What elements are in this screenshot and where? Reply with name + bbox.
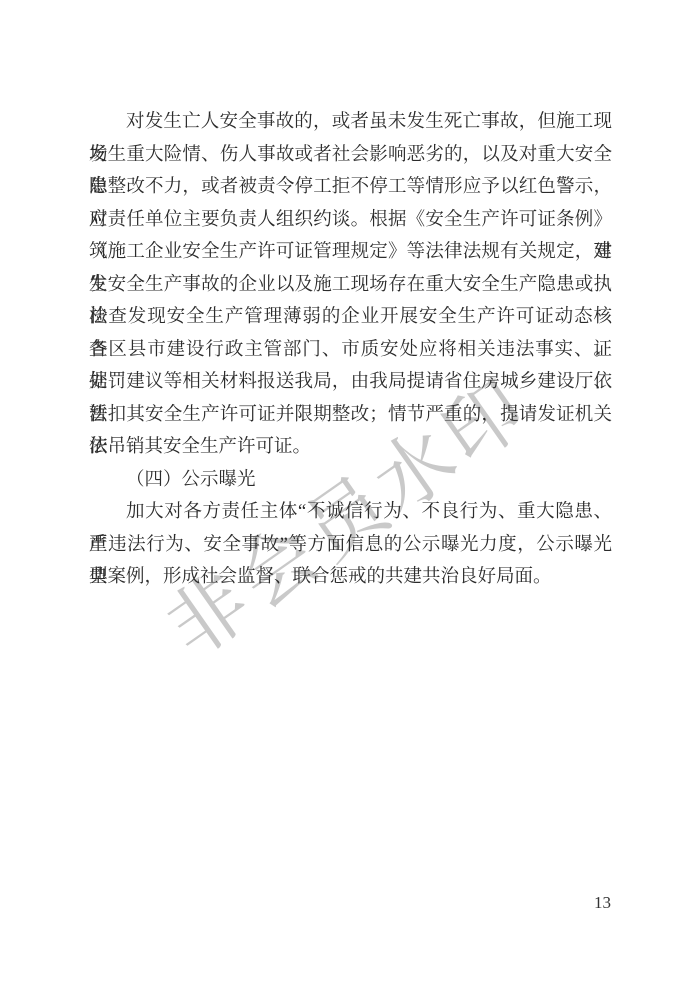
- text-line: 重违法行为、安全事故”等方面信息的公示曝光力度，公示曝光典: [89, 529, 612, 562]
- text-body: 对发生亡人安全事故的，或者虽未发生死亡事故，但施工现场发生重大险情、伤人事故或者…: [89, 106, 612, 594]
- page-number: 13: [594, 893, 611, 913]
- text-line: 对责任单位主要负责人组织约谈。根据《安全生产许可证条例》《建: [89, 204, 612, 237]
- text-line: （四）公示曝光: [89, 464, 612, 497]
- text-line: 检查发现安全生产管理薄弱的企业开展安全生产许可证动态核查。: [89, 301, 612, 334]
- text-line: 生安全生产事故的企业以及施工现场存在重大安全生产隐患或执法: [89, 269, 612, 302]
- text-line: 各区县市建设行政主管部门、市质安处应将相关违法事实、证据、: [89, 334, 612, 367]
- text-line: 对发生亡人安全事故的，或者虽未发生死亡事故，但施工现场: [89, 106, 612, 139]
- text-line: 暂扣其安全生产许可证并限期整改；情节严重的，提请发证机关依: [89, 399, 612, 432]
- text-line: 加大对各方责任主体“不诚信行为、不良行为、重大隐患、严: [89, 496, 612, 529]
- text-line: 患整改不力，或者被责令停工拒不停工等情形应予以红色警示，应: [89, 171, 612, 204]
- text-line: 型案例，形成社会监督、联合惩戒的共建共治良好局面。: [89, 561, 612, 594]
- text-line: 法吊销其安全生产许可证。: [89, 431, 612, 464]
- text-line: 发生重大险情、伤人事故或者社会影响恶劣的，以及对重大安全隐: [89, 139, 612, 172]
- text-line: 筑施工企业安全生产许可证管理规定》等法律法规有关规定，对发: [89, 236, 612, 269]
- document-page: 非会员水印 对发生亡人安全事故的，或者虽未发生死亡事故，但施工现场发生重大险情、…: [0, 0, 700, 990]
- text-line: 处罚建议等相关材料报送我局，由我局提请省住房城乡建设厅依法: [89, 366, 612, 399]
